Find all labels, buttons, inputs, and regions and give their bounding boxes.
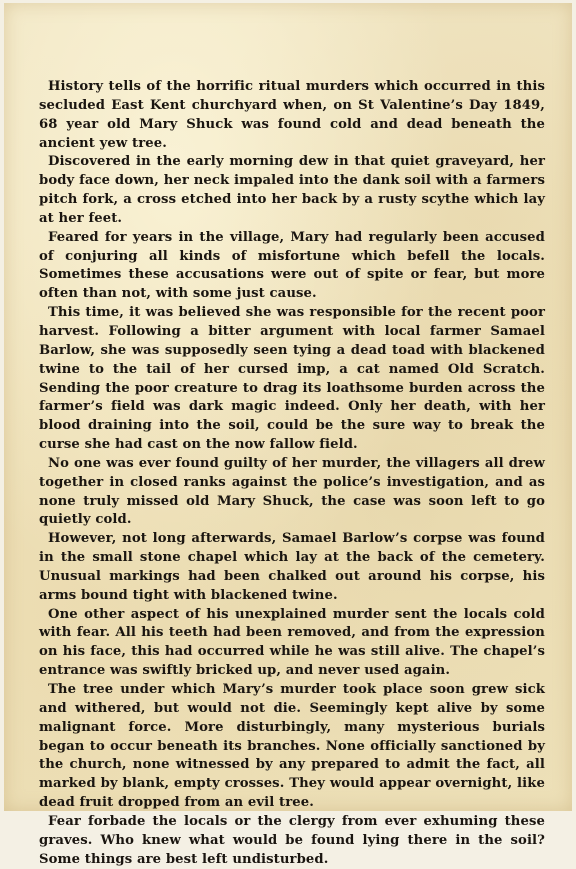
paragraph: Feared for years in the village, Mary ha… — [39, 229, 545, 304]
paragraph: History tells of the horrific ritual mur… — [39, 78, 545, 153]
paragraph: No one was ever found guilty of her murd… — [39, 455, 545, 530]
paragraph: However, not long afterwards, Samael Bar… — [39, 530, 545, 605]
parchment-page: History tells of the horrific ritual mur… — [4, 3, 572, 811]
paragraph: The tree under which Mary’s murder took … — [39, 681, 545, 813]
paragraph: Discovered in the early morning dew in t… — [39, 153, 545, 228]
paragraph: One other aspect of his unexplained murd… — [39, 606, 545, 681]
paragraph: This time, it was believed she was respo… — [39, 304, 545, 455]
story-text: History tells of the horrific ritual mur… — [39, 78, 545, 814]
